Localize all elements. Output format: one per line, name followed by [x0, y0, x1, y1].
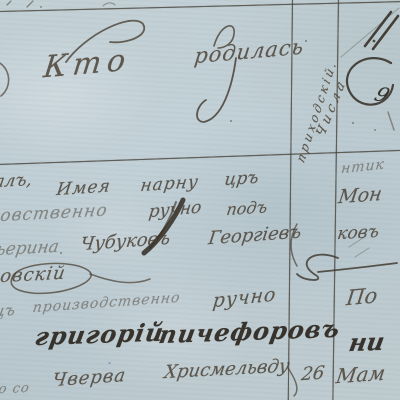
oval-circle-tail [90, 274, 150, 283]
right-col-row4: По [345, 283, 379, 310]
horizontal-rule-middle [0, 150, 400, 165]
entry-number-dot [373, 40, 376, 43]
row5-word-2: ручно [212, 283, 278, 312]
row5-left-fragment: цъ [0, 301, 16, 320]
right-col-entry-number: 9 [371, 82, 393, 107]
right-col-row3: ковъ [336, 222, 381, 244]
paper-speck [60, 252, 62, 254]
row2-word-2: ручно [148, 197, 203, 222]
paper-speck [352, 122, 354, 124]
row6-word-1: Чверва [51, 365, 128, 391]
header-descender-swash [197, 58, 236, 122]
paper-speck [305, 40, 307, 42]
row1-left-fragment: алъ, [0, 170, 34, 192]
entry-number-slash-1 [365, 12, 391, 46]
row6-word-2: Хрисмельвду [163, 355, 291, 383]
signature-dash [318, 263, 397, 272]
right-col-row2: Мон [337, 183, 383, 208]
row3-word-2: Георгіевъ [207, 222, 303, 250]
blue-ink-speck [108, 362, 111, 364]
row1-word-3: цръ [223, 168, 260, 191]
row3-left-fragment: ьерина [0, 237, 60, 260]
paper-speck [40, 6, 42, 8]
paper-speck [230, 120, 232, 122]
row2-word-1: овственно [0, 200, 109, 226]
right-col-row1: нтик [340, 156, 385, 177]
top-margin-tick-2 [7, 1, 11, 5]
faint-pencil-diagonal [341, 8, 399, 57]
row2-word-3: подъ [225, 197, 268, 219]
row5-word-1: производственно [32, 290, 182, 317]
row1-word-1: Имея [55, 176, 112, 200]
top-margin-squiggle [103, 3, 115, 6]
entry-number-slash-2 [373, 16, 398, 49]
register-page-scan: КтородиласьЧислаприходскій.9алъ,Имеянарн… [0, 0, 400, 400]
top-margin-tick-1 [27, 1, 33, 7]
bottom-word-descender [288, 368, 297, 396]
right-col-row5: Мам [335, 361, 387, 389]
row4-word: овскій [0, 263, 67, 288]
row3-word-1: Чубуковъ [79, 228, 172, 256]
header-word-1: Кто [42, 42, 134, 85]
bold-annotation-word-3: ни [347, 327, 387, 357]
left-edge-cut-flourish [0, 62, 9, 96]
horizontal-rule-top [0, 1, 400, 12]
header-word-2: родилась [193, 34, 306, 68]
row1-word-2: нарну [139, 172, 200, 196]
right-edge-descender [388, 112, 394, 130]
narrow-col-day-number: 26 [300, 362, 326, 385]
signature-curl [297, 255, 338, 280]
bold-annotation-word-1: григорій [33, 318, 167, 352]
hatch-stroke-2 [355, 248, 369, 257]
row6-left-fragment: о со [0, 381, 31, 397]
paper-speck [374, 129, 376, 131]
bold-annotation-word-2: пичефоровъ [157, 314, 343, 350]
